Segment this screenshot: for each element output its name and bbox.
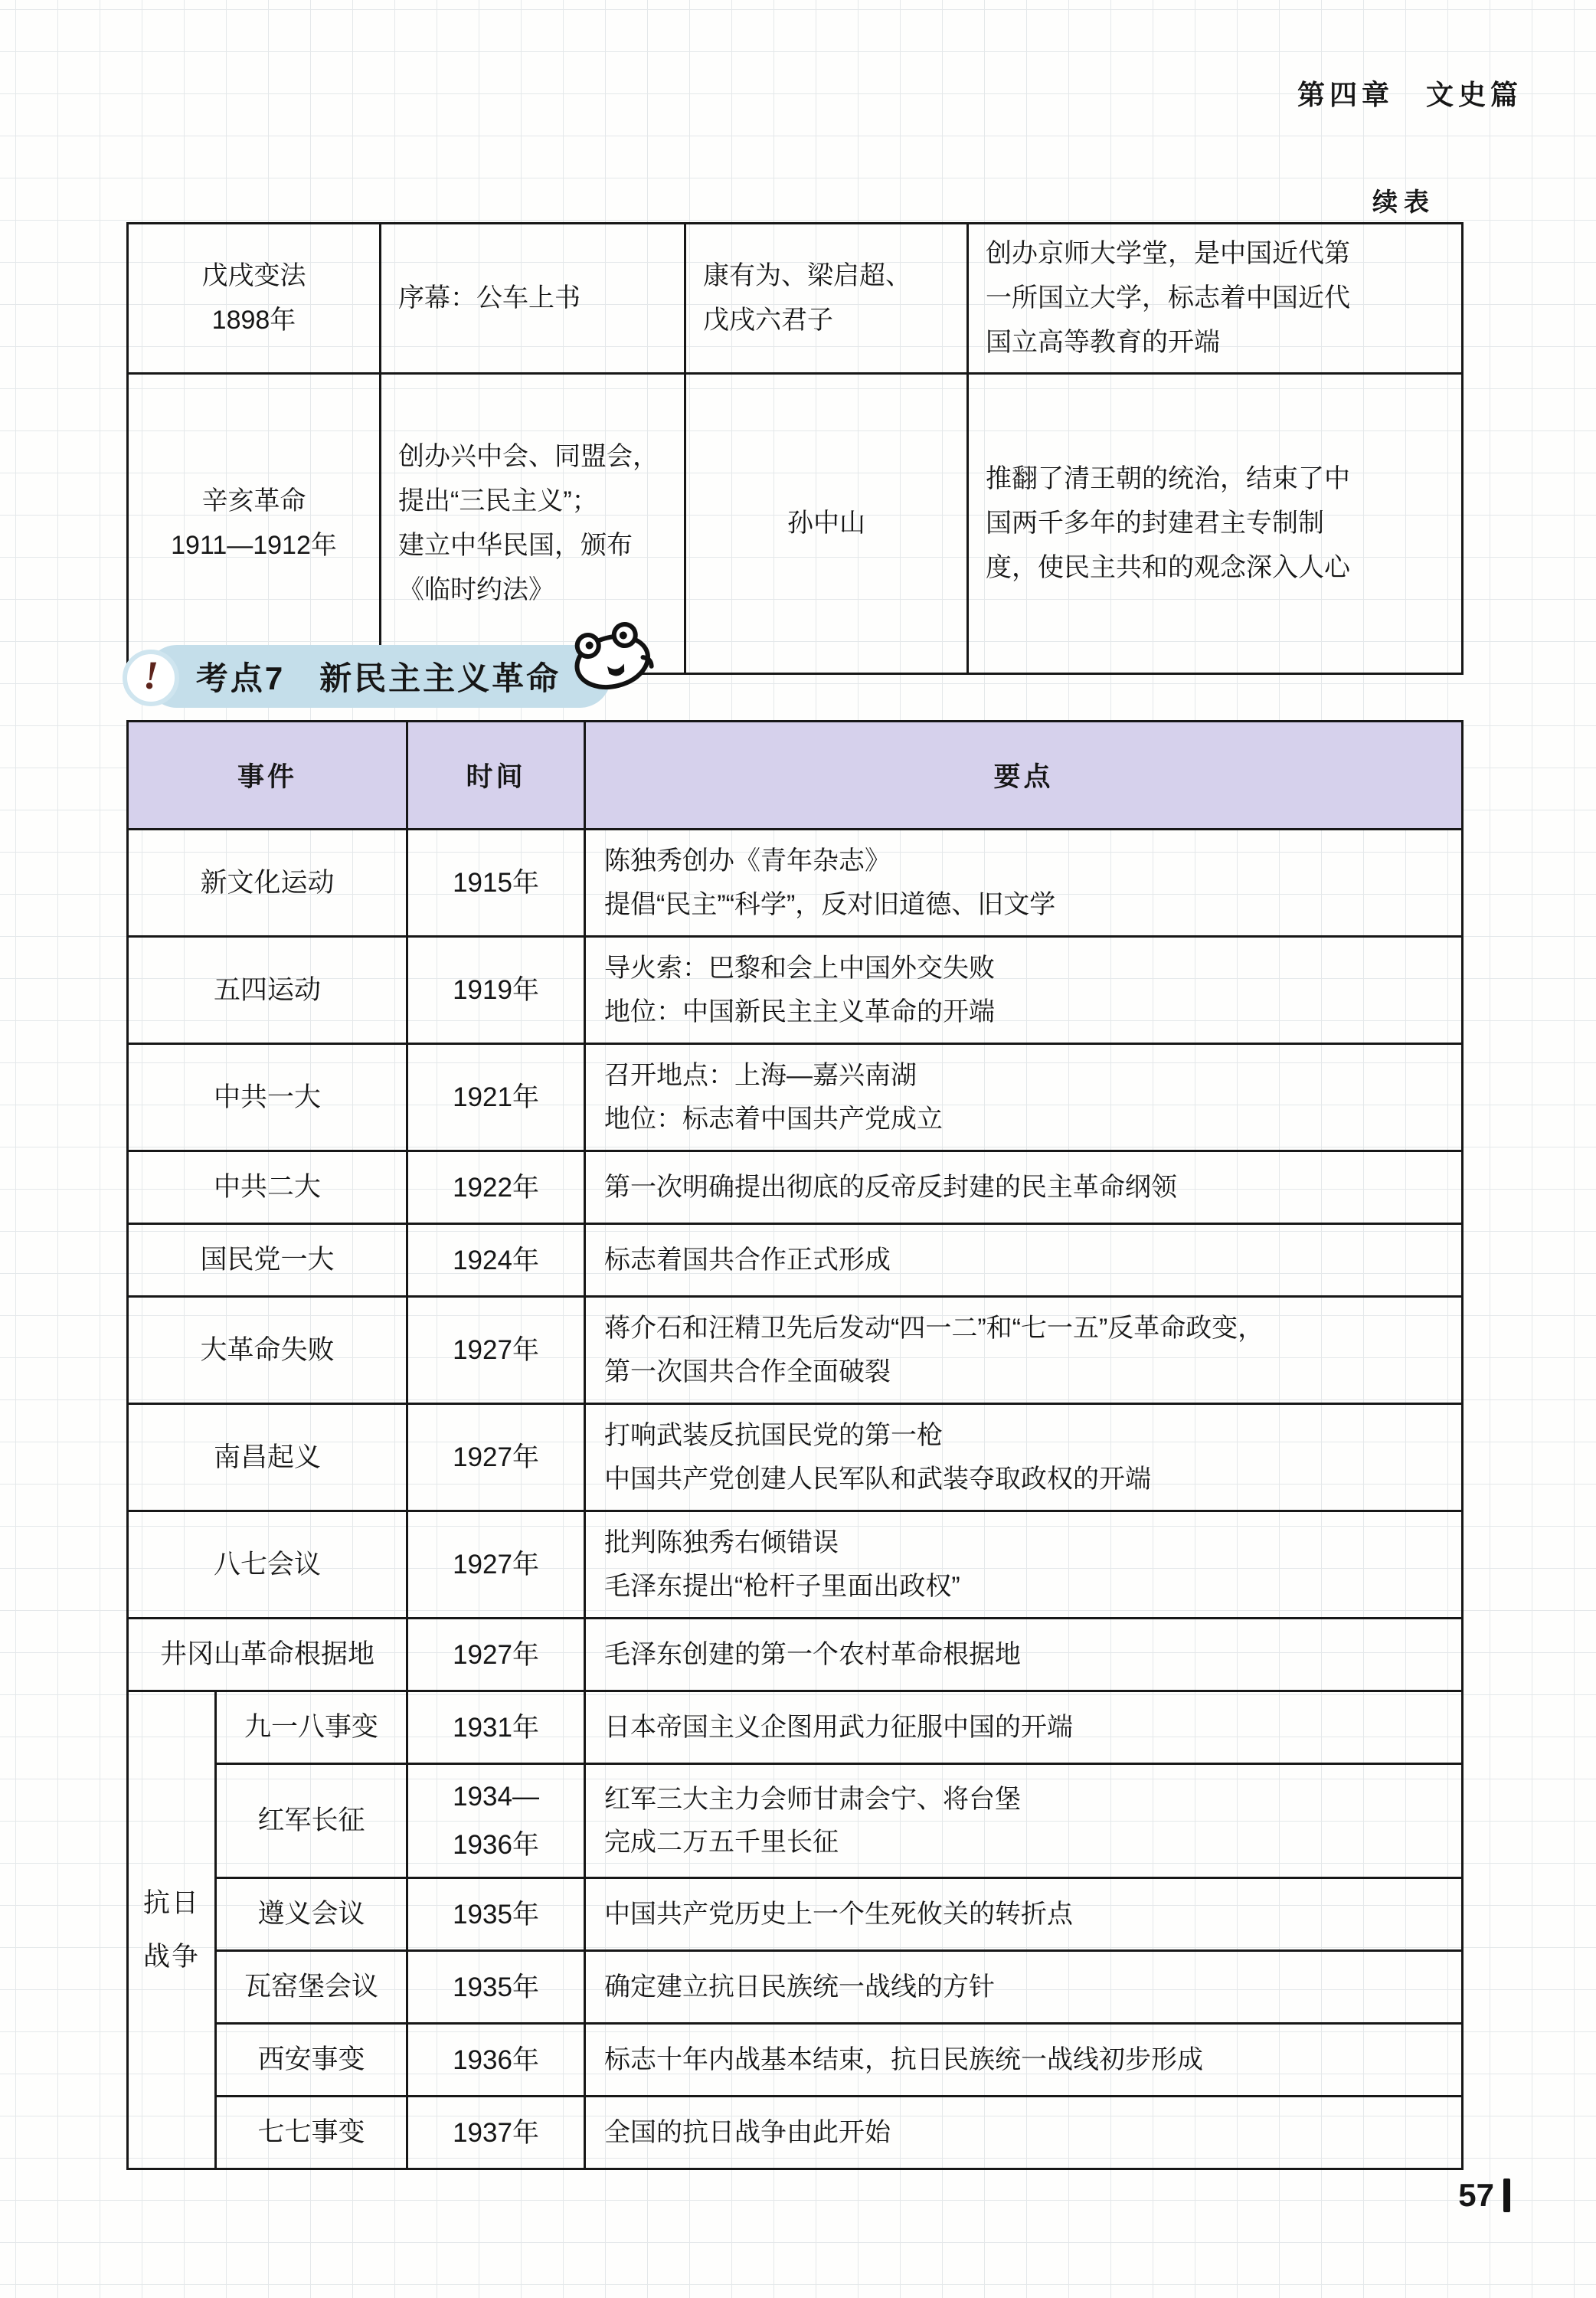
points-cell: 确定建立抗日民族统一战线的方针	[585, 1951, 1463, 2024]
time-cell: 1934— 1936年	[407, 1764, 585, 1878]
time-cell: 1915年	[407, 830, 585, 937]
time-cell: 1927年	[407, 1297, 585, 1404]
event-cell: 中共一大	[128, 1044, 407, 1151]
points-cell: 陈独秀创办《青年杂志》 提倡“民主”“科学”，反对旧道德、旧文学	[585, 830, 1463, 937]
continued-table: 戊戌变法 1898年 序幕：公车上书 康有为、梁启超、 戊戌六君子 创办京师大学…	[126, 222, 1464, 675]
table-row: 五四运动 1919年 导火索：巴黎和会上中国外交失败 地位：中国新民主主义革命的…	[128, 937, 1463, 1044]
table-row: 遵义会议 1935年 中国共产党历史上一个生死攸关的转折点	[128, 1878, 1463, 1951]
points-cell: 标志着国共合作正式形成	[585, 1224, 1463, 1297]
event-cell: 红军长征	[216, 1764, 407, 1878]
event-cell: 井冈山革命根据地	[128, 1619, 407, 1691]
event-cell: 戊戌变法 1898年	[128, 224, 381, 374]
event-cell: 九一八事变	[216, 1691, 407, 1764]
table-row: 大革命失败 1927年 蒋介石和汪精卫先后发动“四一二”和“七一五”反革命政变，…	[128, 1297, 1463, 1404]
figures-cell: 康有为、梁启超、 戊戌六君子	[685, 224, 968, 374]
time-cell: 1919年	[407, 937, 585, 1044]
exclamation-icon: !	[123, 650, 179, 706]
points-cell: 红军三大主力会师甘肃会宁、将台堡 完成二万五千里长征	[585, 1764, 1463, 1878]
points-cell: 第一次明确提出彻底的反帝反封建的民主革命纲领	[585, 1151, 1463, 1224]
time-cell: 1927年	[407, 1404, 585, 1511]
significance-cell: 推翻了清王朝的统治，结束了中 国两千多年的封建君主专制制 度，使民主共和的观念深…	[968, 374, 1463, 674]
event-cell: 国民党一大	[128, 1224, 407, 1297]
group-label-cell: 抗日 战争	[128, 1691, 216, 2169]
event-cell: 七七事变	[216, 2097, 407, 2169]
points-cell: 导火索：巴黎和会上中国外交失败 地位：中国新民主主义革命的开端	[585, 937, 1463, 1044]
time-cell: 1927年	[407, 1619, 585, 1691]
points-cell: 全国的抗日战争由此开始	[585, 2097, 1463, 2169]
table-row: 中共二大 1922年 第一次明确提出彻底的反帝反封建的民主革命纲领	[128, 1151, 1463, 1224]
event-cell: 南昌起义	[128, 1404, 407, 1511]
points-cell: 毛泽东创建的第一个农村革命根据地	[585, 1619, 1463, 1691]
points-cell: 日本帝国主义企图用武力征服中国的开端	[585, 1691, 1463, 1764]
exclamation-glyph: !	[143, 653, 159, 699]
points-cell: 批判陈独秀右倾错误 毛泽东提出“枪杆子里面出政权”	[585, 1511, 1463, 1619]
figures-cell: 孙中山	[685, 374, 968, 674]
measure-cell: 序幕：公车上书	[381, 224, 685, 374]
time-cell: 1927年	[407, 1511, 585, 1619]
event-cell: 八七会议	[128, 1511, 407, 1619]
time-cell: 1935年	[407, 1951, 585, 2024]
table-row: 瓦窑堡会议 1935年 确定建立抗日民族统一战线的方针	[128, 1951, 1463, 2024]
column-header-points: 要点	[585, 722, 1463, 830]
points-cell: 打响武装反抗国民党的第一枪 中国共产党创建人民军队和武装夺取政权的开端	[585, 1404, 1463, 1511]
table-row: 八七会议 1927年 批判陈独秀右倾错误 毛泽东提出“枪杆子里面出政权”	[128, 1511, 1463, 1619]
event-cell: 瓦窑堡会议	[216, 1951, 407, 2024]
section-heading-pill: 考点7 新民主主义革命	[146, 645, 611, 708]
table-row: 抗日 战争 九一八事变 1931年 日本帝国主义企图用武力征服中国的开端	[128, 1691, 1463, 1764]
event-cell: 中共二大	[128, 1151, 407, 1224]
table-row: 井冈山革命根据地 1927年 毛泽东创建的第一个农村革命根据地	[128, 1619, 1463, 1691]
table-row: 中共一大 1921年 召开地点：上海—嘉兴南湖 地位：标志着中国共产党成立	[128, 1044, 1463, 1151]
time-cell: 1931年	[407, 1691, 585, 1764]
header-row: 事件 时间 要点	[128, 722, 1463, 830]
section-heading-label: 考点7 新民主主义革命	[196, 653, 561, 699]
section-heading: 考点7 新民主主义革命 !	[123, 640, 812, 725]
table-row: 南昌起义 1927年 打响武装反抗国民党的第一枪 中国共产党创建人民军队和武装夺…	[128, 1404, 1463, 1511]
event-cell: 辛亥革命 1911—1912年	[128, 374, 381, 674]
time-cell: 1922年	[407, 1151, 585, 1224]
time-cell: 1921年	[407, 1044, 585, 1151]
page-number: 57	[1458, 2177, 1510, 2214]
page-number-bar	[1503, 2179, 1510, 2212]
points-cell: 中国共产党历史上一个生死攸关的转折点	[585, 1878, 1463, 1951]
time-cell: 1936年	[407, 2024, 585, 2097]
table-row: 国民党一大 1924年 标志着国共合作正式形成	[128, 1224, 1463, 1297]
points-cell: 标志十年内战基本结束，抗日民族统一战线初步形成	[585, 2024, 1463, 2097]
event-cell: 遵义会议	[216, 1878, 407, 1951]
key-points-table: 事件 时间 要点 新文化运动 1915年 陈独秀创办《青年杂志》 提倡“民主”“…	[126, 720, 1464, 2170]
table-row: 辛亥革命 1911—1912年 创办兴中会、同盟会， 提出“三民主义”； 建立中…	[128, 374, 1463, 674]
frog-doodle-icon	[563, 617, 661, 694]
column-header-event: 事件	[128, 722, 407, 830]
time-cell: 1924年	[407, 1224, 585, 1297]
points-cell: 召开地点：上海—嘉兴南湖 地位：标志着中国共产党成立	[585, 1044, 1463, 1151]
table-row: 七七事变 1937年 全国的抗日战争由此开始	[128, 2097, 1463, 2169]
table-row: 西安事变 1936年 标志十年内战基本结束，抗日民族统一战线初步形成	[128, 2024, 1463, 2097]
table-row: 新文化运动 1915年 陈独秀创办《青年杂志》 提倡“民主”“科学”，反对旧道德…	[128, 830, 1463, 937]
chapter-header: 第四章 文史篇	[1297, 74, 1522, 113]
time-cell: 1937年	[407, 2097, 585, 2169]
time-cell: 1935年	[407, 1878, 585, 1951]
event-cell: 大革命失败	[128, 1297, 407, 1404]
significance-cell: 创办京师大学堂，是中国近代第 一所国立大学，标志着中国近代 国立高等教育的开端	[968, 224, 1463, 374]
book-page: 第四章 文史篇 续表 戊戌变法 1898年 序幕：公车上书 康有为、梁启超、 戊…	[0, 0, 1596, 2298]
event-cell: 西安事变	[216, 2024, 407, 2097]
table-row: 红军长征 1934— 1936年 红军三大主力会师甘肃会宁、将台堡 完成二万五千…	[128, 1764, 1463, 1878]
continued-table-label: 续表	[1372, 182, 1435, 218]
table-row: 戊戌变法 1898年 序幕：公车上书 康有为、梁启超、 戊戌六君子 创办京师大学…	[128, 224, 1463, 374]
page-number-value: 57	[1458, 2177, 1494, 2214]
event-cell: 新文化运动	[128, 830, 407, 937]
points-cell: 蒋介石和汪精卫先后发动“四一二”和“七一五”反革命政变， 第一次国共合作全面破裂	[585, 1297, 1463, 1404]
event-cell: 五四运动	[128, 937, 407, 1044]
column-header-time: 时间	[407, 722, 585, 830]
